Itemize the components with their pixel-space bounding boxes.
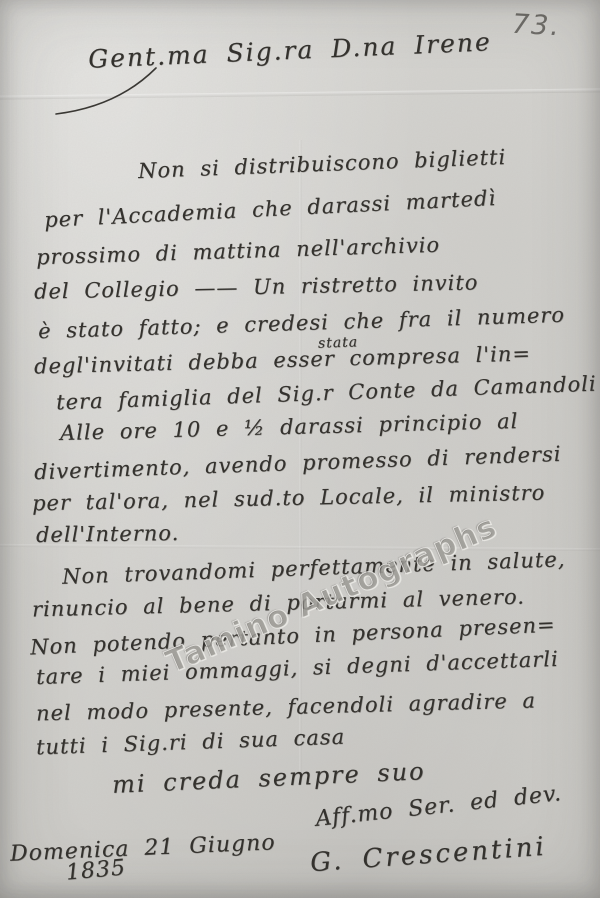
body-line: per tal'ora, nel sud.to Locale, il minis… (32, 481, 546, 516)
body-line: è stato fatto; e credesi che fra il nume… (38, 303, 566, 344)
body-line: divertimento, avendo promesso di renders… (34, 442, 562, 484)
body-line: prossimo di mattina nell'archivio (36, 233, 441, 270)
interline-insertion-word: stata (318, 334, 359, 351)
body-line: Non si distribuiscono biglietti (138, 145, 507, 183)
letter-scan-page: 73. Gent.ma Sig.ra D.na Irene Non si dis… (0, 0, 600, 898)
body-line: del Collegio —— Un ristretto invito (34, 270, 479, 303)
body-line: rinuncio al bene di portarmi al venero. (32, 585, 525, 622)
salutation: Gent.ma Sig.ra D.na Irene (88, 27, 493, 74)
signature: G. Crescentini (309, 832, 547, 878)
body-line: Alle ore 10 e ½ darassi principio al (60, 409, 519, 445)
body-line: Non trovandomi perfettamente in salute, (62, 547, 566, 589)
date-line-day: Domenica 21 Giugno (10, 830, 277, 867)
page-number: 73. (511, 9, 562, 43)
body-line: dell'Interno. (36, 521, 180, 547)
body-line: nel modo presente, facendoli agradire a (36, 688, 537, 725)
body-line: tutti i Sig.ri di sua casa (36, 725, 346, 760)
closing-line: mi creda sempre suo (112, 757, 427, 799)
valediction: Aff.mo Ser. ed dev. (314, 781, 563, 832)
date-line-year: 1835 (65, 855, 127, 885)
body-line: tera famiglia del Sig.r Conte da Camando… (56, 372, 597, 415)
body-line: degl'invitati debba esser compresa l'in= (34, 341, 531, 378)
body-line: per l'Accademia che darassi martedì (44, 186, 497, 232)
paper-fold-crease-top (0, 88, 600, 99)
